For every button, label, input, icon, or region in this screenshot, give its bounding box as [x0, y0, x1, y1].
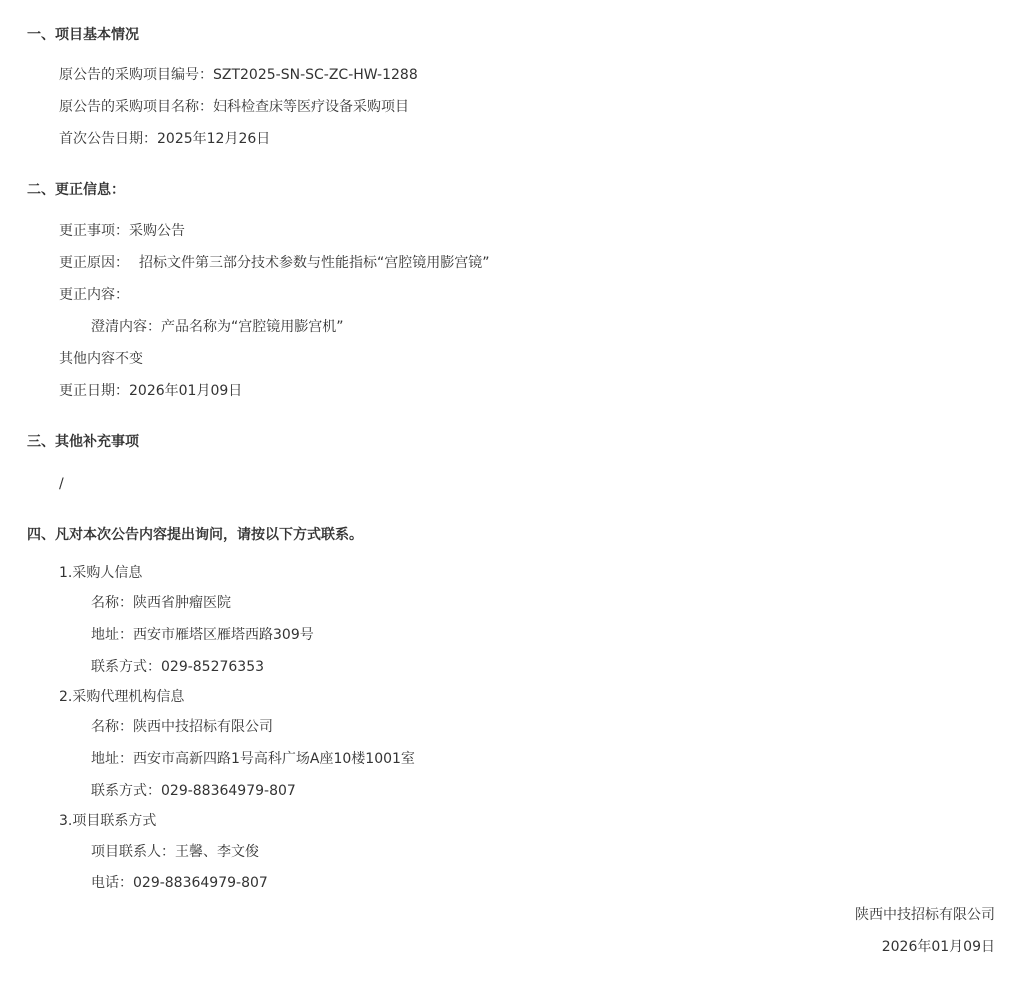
- first-date-label: 首次公告日期：: [59, 131, 157, 147]
- purchaser-heading: 1.采购人信息: [59, 563, 142, 583]
- correction-content-label: 更正内容：: [59, 285, 129, 305]
- correction-reason-value: 招标文件第三部分技术参数与性能指标“宫腔镜用膨宫镜”: [139, 255, 490, 271]
- project-contact-person-row: 项目联系人：王馨、李文俊: [91, 842, 259, 862]
- section-2-heading: 二、更正信息：: [27, 180, 125, 200]
- purchaser-contact-label: 联系方式：: [91, 659, 161, 675]
- purchaser-contact-value: 029-85276353: [161, 659, 264, 675]
- agency-contact-value: 029-88364979-807: [161, 783, 296, 799]
- project-contact-phone-value: 029-88364979-807: [133, 875, 268, 891]
- agency-name-label: 名称：: [91, 719, 133, 735]
- project-number-value: SZT2025-SN-SC-ZC-HW-1288: [213, 67, 418, 83]
- first-date-value: 2025年12月26日: [157, 131, 270, 147]
- section-1-heading: 一、项目基本情况: [27, 25, 139, 45]
- correction-date-value: 2026年01月09日: [129, 383, 242, 399]
- purchaser-name-label: 名称：: [91, 595, 133, 611]
- agency-address-value: 西安市高新四路1号高科广场A座10楼1001室: [133, 751, 415, 767]
- agency-contact-label: 联系方式：: [91, 783, 161, 799]
- clarify-label: 澄清内容：: [91, 319, 161, 335]
- signature-date: 2026年01月09日: [882, 937, 995, 957]
- clarify-value: 产品名称为“宫腔镜用膨宫机”: [161, 319, 344, 335]
- agency-contact-row: 联系方式：029-88364979-807: [91, 781, 296, 801]
- purchaser-address-label: 地址：: [91, 627, 133, 643]
- correction-reason-row: 更正原因：招标文件第三部分技术参数与性能指标“宫腔镜用膨宫镜”: [59, 253, 490, 273]
- correction-item-row: 更正事项：采购公告: [59, 221, 185, 241]
- clarify-row: 澄清内容：产品名称为“宫腔镜用膨宫机”: [91, 317, 344, 337]
- project-contact-phone-label: 电话：: [91, 875, 133, 891]
- project-number-row: 原公告的采购项目编号：SZT2025-SN-SC-ZC-HW-1288: [59, 65, 418, 85]
- agency-address-label: 地址：: [91, 751, 133, 767]
- correction-date-row: 更正日期：2026年01月09日: [59, 381, 242, 401]
- section-4-heading: 四、凡对本次公告内容提出询问，请按以下方式联系。: [27, 525, 363, 545]
- announcement-document: 一、项目基本情况 原公告的采购项目编号：SZT2025-SN-SC-ZC-HW-…: [0, 0, 1036, 993]
- project-number-label: 原公告的采购项目编号：: [59, 67, 213, 83]
- purchaser-address-row: 地址：西安市雁塔区雁塔西路309号: [91, 625, 314, 645]
- project-name-row: 原公告的采购项目名称：妇科检查床等医疗设备采购项目: [59, 97, 409, 117]
- agency-address-row: 地址：西安市高新四路1号高科广场A座10楼1001室: [91, 749, 415, 769]
- project-contact-phone-row: 电话：029-88364979-807: [91, 873, 268, 893]
- project-contact-person-label: 项目联系人：: [91, 844, 175, 860]
- section-3-heading: 三、其他补充事项: [27, 432, 139, 452]
- agency-name-value: 陕西中技招标有限公司: [133, 719, 273, 735]
- other-unchanged: 其他内容不变: [59, 349, 143, 369]
- correction-date-label: 更正日期：: [59, 383, 129, 399]
- correction-reason-label: 更正原因：: [59, 255, 129, 271]
- correction-item-label: 更正事项：: [59, 223, 129, 239]
- agency-name-row: 名称：陕西中技招标有限公司: [91, 717, 273, 737]
- project-contact-heading: 3.项目联系方式: [59, 811, 156, 831]
- purchaser-address-value: 西安市雁塔区雁塔西路309号: [133, 627, 314, 643]
- purchaser-name-value: 陕西省肿瘤医院: [133, 595, 231, 611]
- supplementary-content: /: [59, 474, 64, 494]
- project-name-label: 原公告的采购项目名称：: [59, 99, 213, 115]
- agency-heading: 2.采购代理机构信息: [59, 687, 184, 707]
- project-name-value: 妇科检查床等医疗设备采购项目: [213, 99, 409, 115]
- purchaser-contact-row: 联系方式：029-85276353: [91, 657, 264, 677]
- correction-item-value: 采购公告: [129, 223, 185, 239]
- signature-company: 陕西中技招标有限公司: [855, 905, 995, 925]
- first-date-row: 首次公告日期：2025年12月26日: [59, 129, 270, 149]
- project-contact-person-value: 王馨、李文俊: [175, 844, 259, 860]
- purchaser-name-row: 名称：陕西省肿瘤医院: [91, 593, 231, 613]
